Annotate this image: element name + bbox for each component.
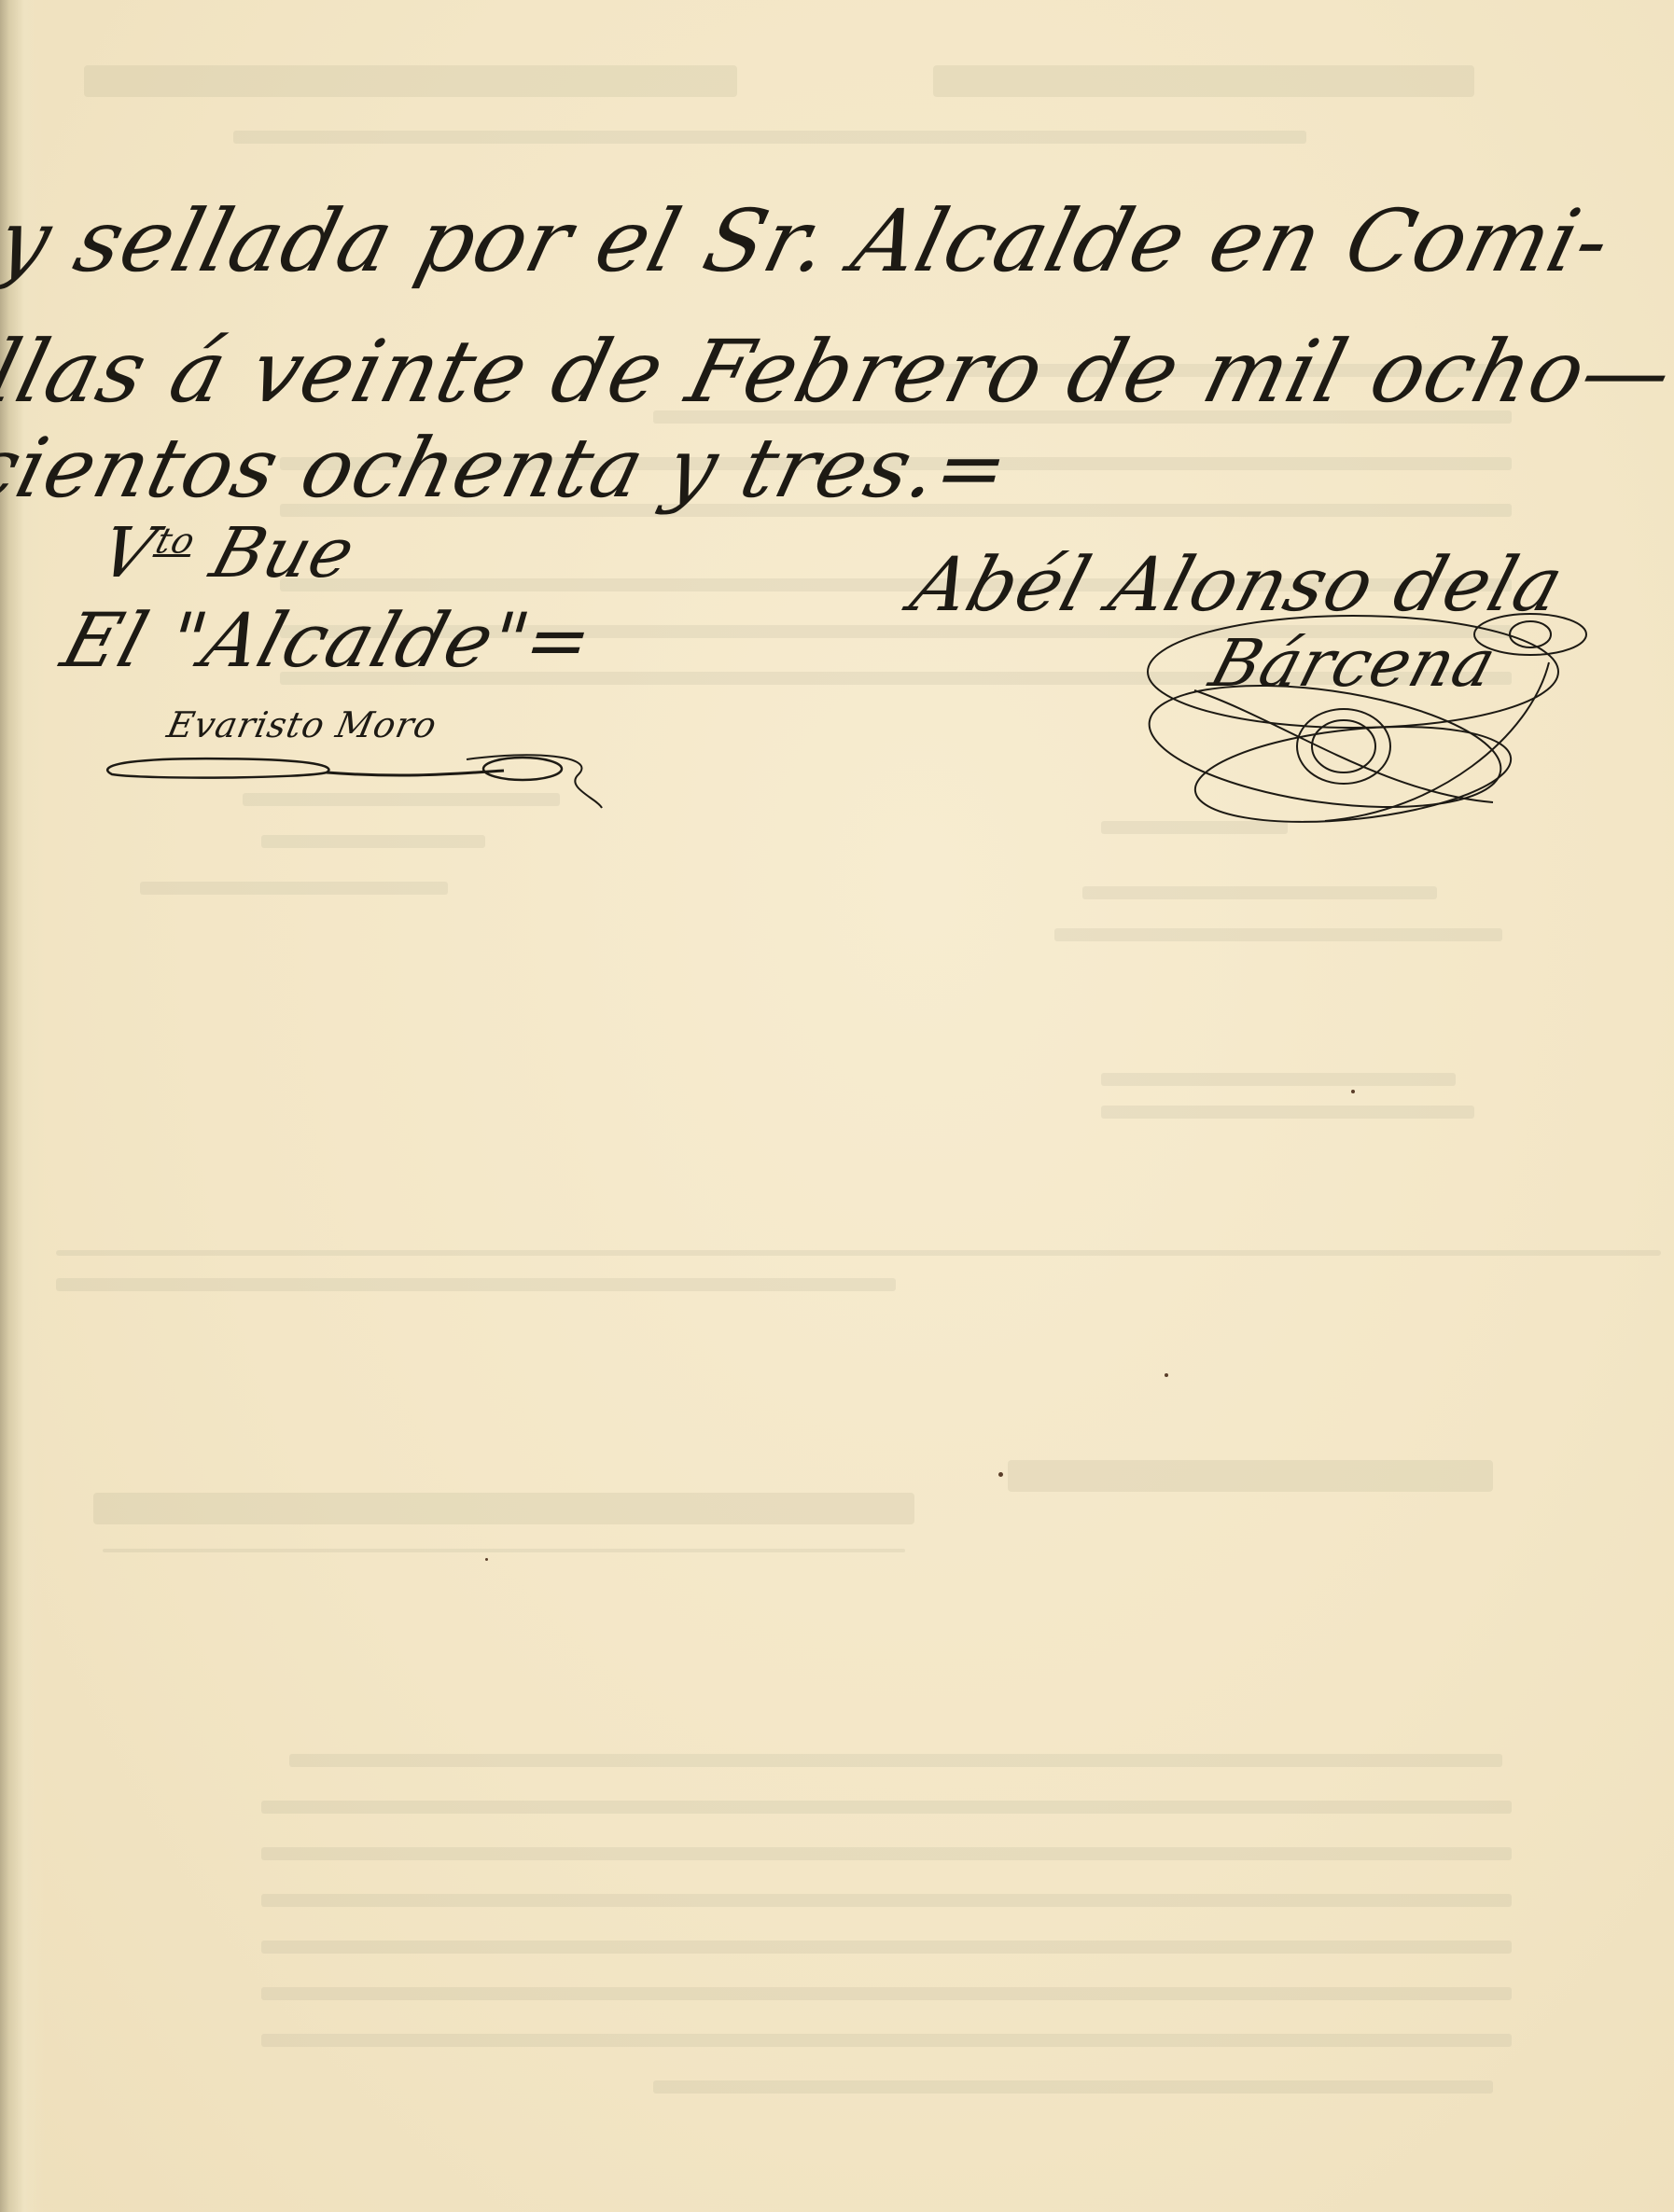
paper-speck: [1351, 1090, 1355, 1093]
alcalde-label: El "Alcalde"=: [53, 597, 604, 684]
bno-label: Bue: [202, 513, 365, 593]
handwritten-line-2: llas á veinte de Febrero de mil ocho—: [0, 322, 1674, 422]
paper-speck: [485, 1558, 488, 1561]
document-page: y sellada por el Sr. Alcalde en Comi- ll…: [0, 0, 1674, 2212]
handwritten-line-1: y sellada por el Sr. Alcalde en Comi-: [0, 191, 1621, 291]
visto-bueno-mark: Vto Bue: [91, 513, 365, 593]
signature-left-name: Evaristo Moro: [163, 704, 440, 745]
signature-left-flourish-icon: [93, 746, 616, 821]
handwritten-line-3: cientos ochenta y tres.=: [0, 420, 1019, 516]
paper-speck: [1165, 1373, 1168, 1377]
signature-right-flourish-icon: [1138, 606, 1624, 849]
paper-speck: [998, 1472, 1003, 1477]
